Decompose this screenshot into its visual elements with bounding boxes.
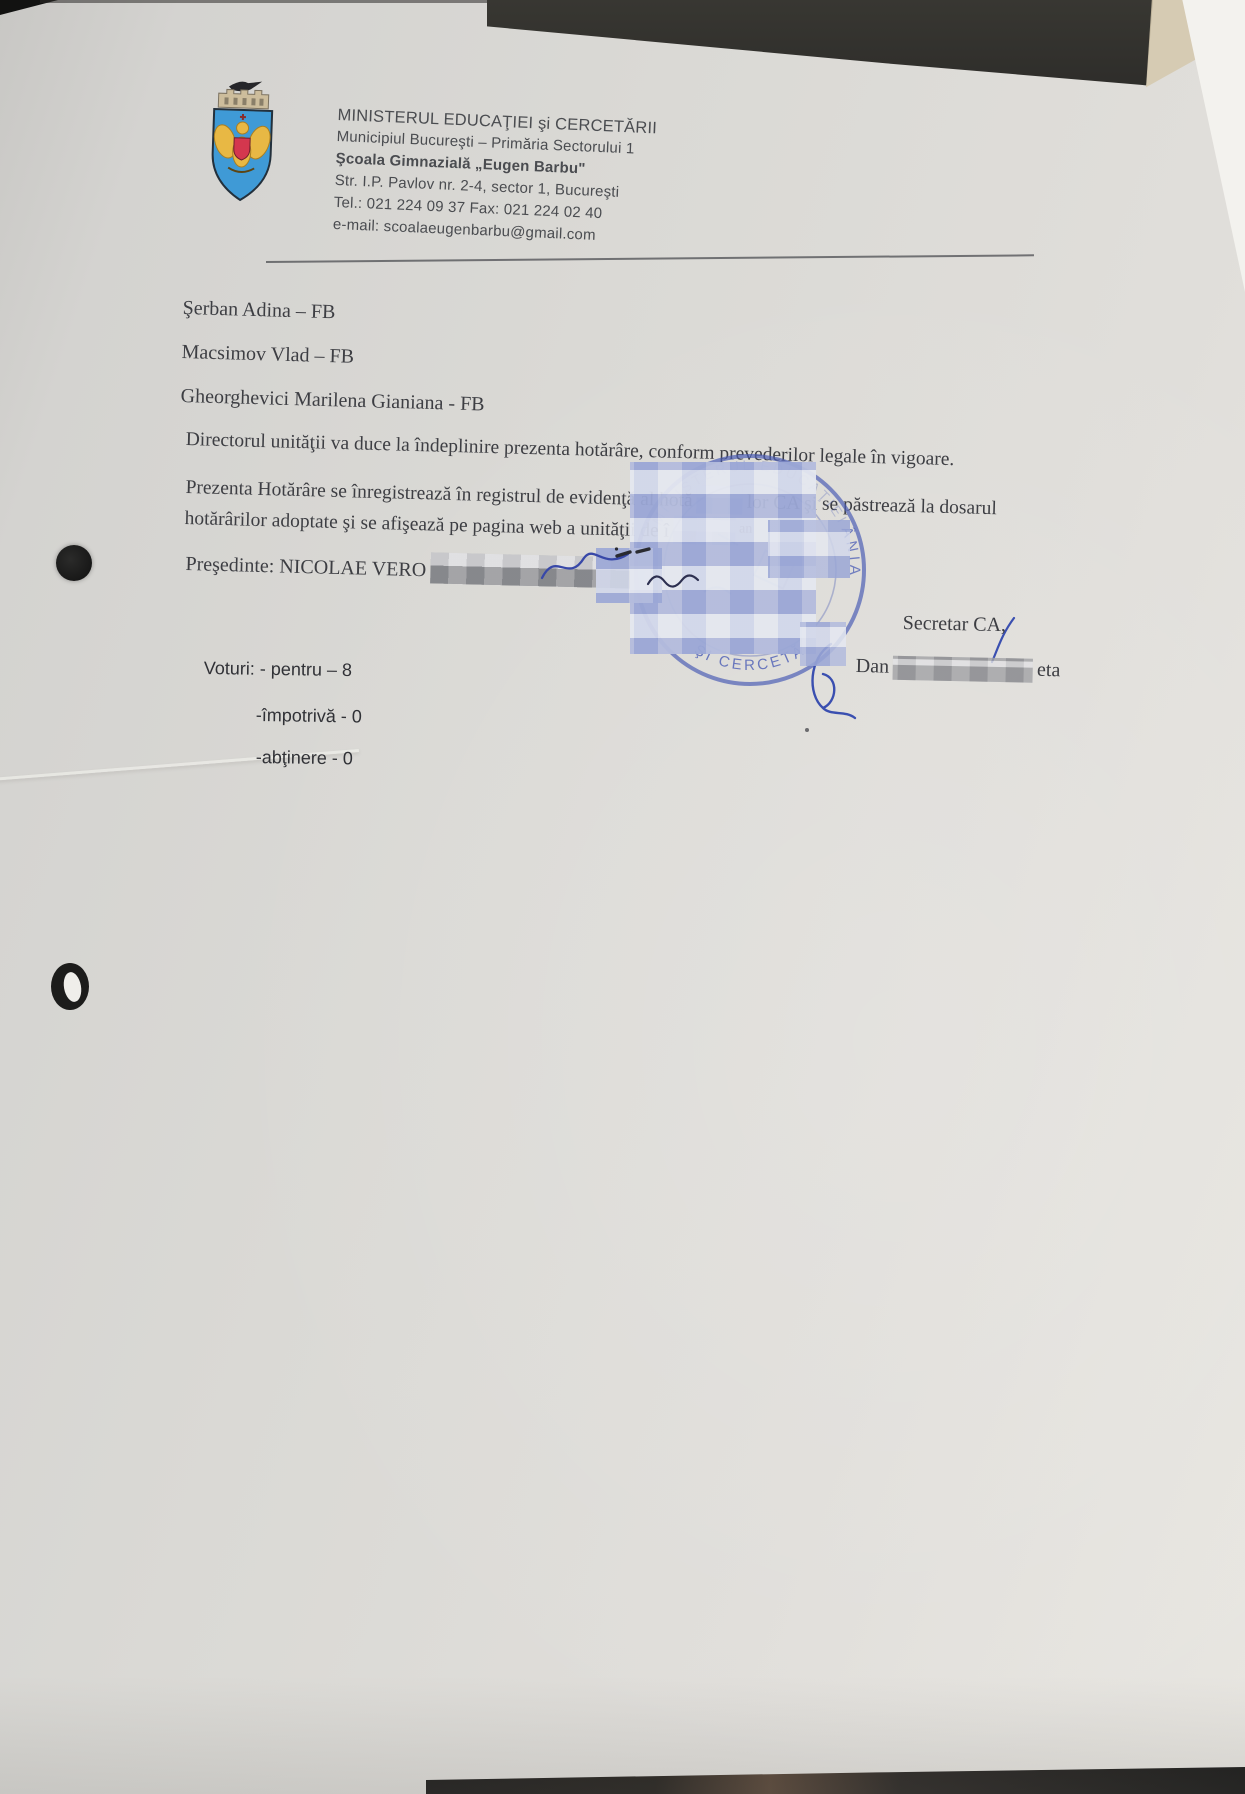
ink-squiggle [646,566,704,592]
paper-shading [0,1500,1245,1794]
redaction-mosaic-signature [800,622,846,666]
member-name-line: Şerban Adina – FB [182,297,335,324]
secretary-name-suffix: eta [1037,659,1061,681]
scan-top-edge-line [40,0,500,3]
hole-punch-bottom [51,963,89,1010]
hole-punch-top [56,545,92,581]
member-name-line: Gheorghevici Marilena Gianiana - FB [180,385,485,416]
bucharest-coat-of-arms [199,77,286,212]
secretary-name-line: Daneta [855,655,1060,683]
paragraph-register-text: hotărârilor adoptate şi se afişează pe p… [184,508,669,542]
votes-for-line: Voturi: - pentru – 8 [204,658,352,681]
president-label: Preşedinte: NICOLAE VERO [185,553,426,581]
scan-dark-band-top [487,0,1153,88]
secretary-title: Secretar CA, [903,612,1007,637]
hole-punch-highlight [62,971,84,1003]
votes-against-line: -împotrivă - 0 [256,705,362,727]
letterhead-divider-line [266,254,1034,263]
votes-abstain-line: -abţinere - 0 [256,747,353,769]
redaction-mosaic-stamp-right [768,520,850,578]
member-name-line: Macsimov Vlad – FB [181,341,354,369]
scanned-document-page: MINISTERUL EDUCAŢIEI şi CERCETĂRII Munic… [0,0,1245,1794]
ink-marks [615,542,663,566]
letterhead: MINISTERUL EDUCAŢIEI şi CERCETĂRII Munic… [332,104,757,253]
redaction-mosaic-secretary-name [893,656,1033,683]
paper-speck [805,728,809,732]
secretary-name-prefix: Dan [856,655,890,678]
